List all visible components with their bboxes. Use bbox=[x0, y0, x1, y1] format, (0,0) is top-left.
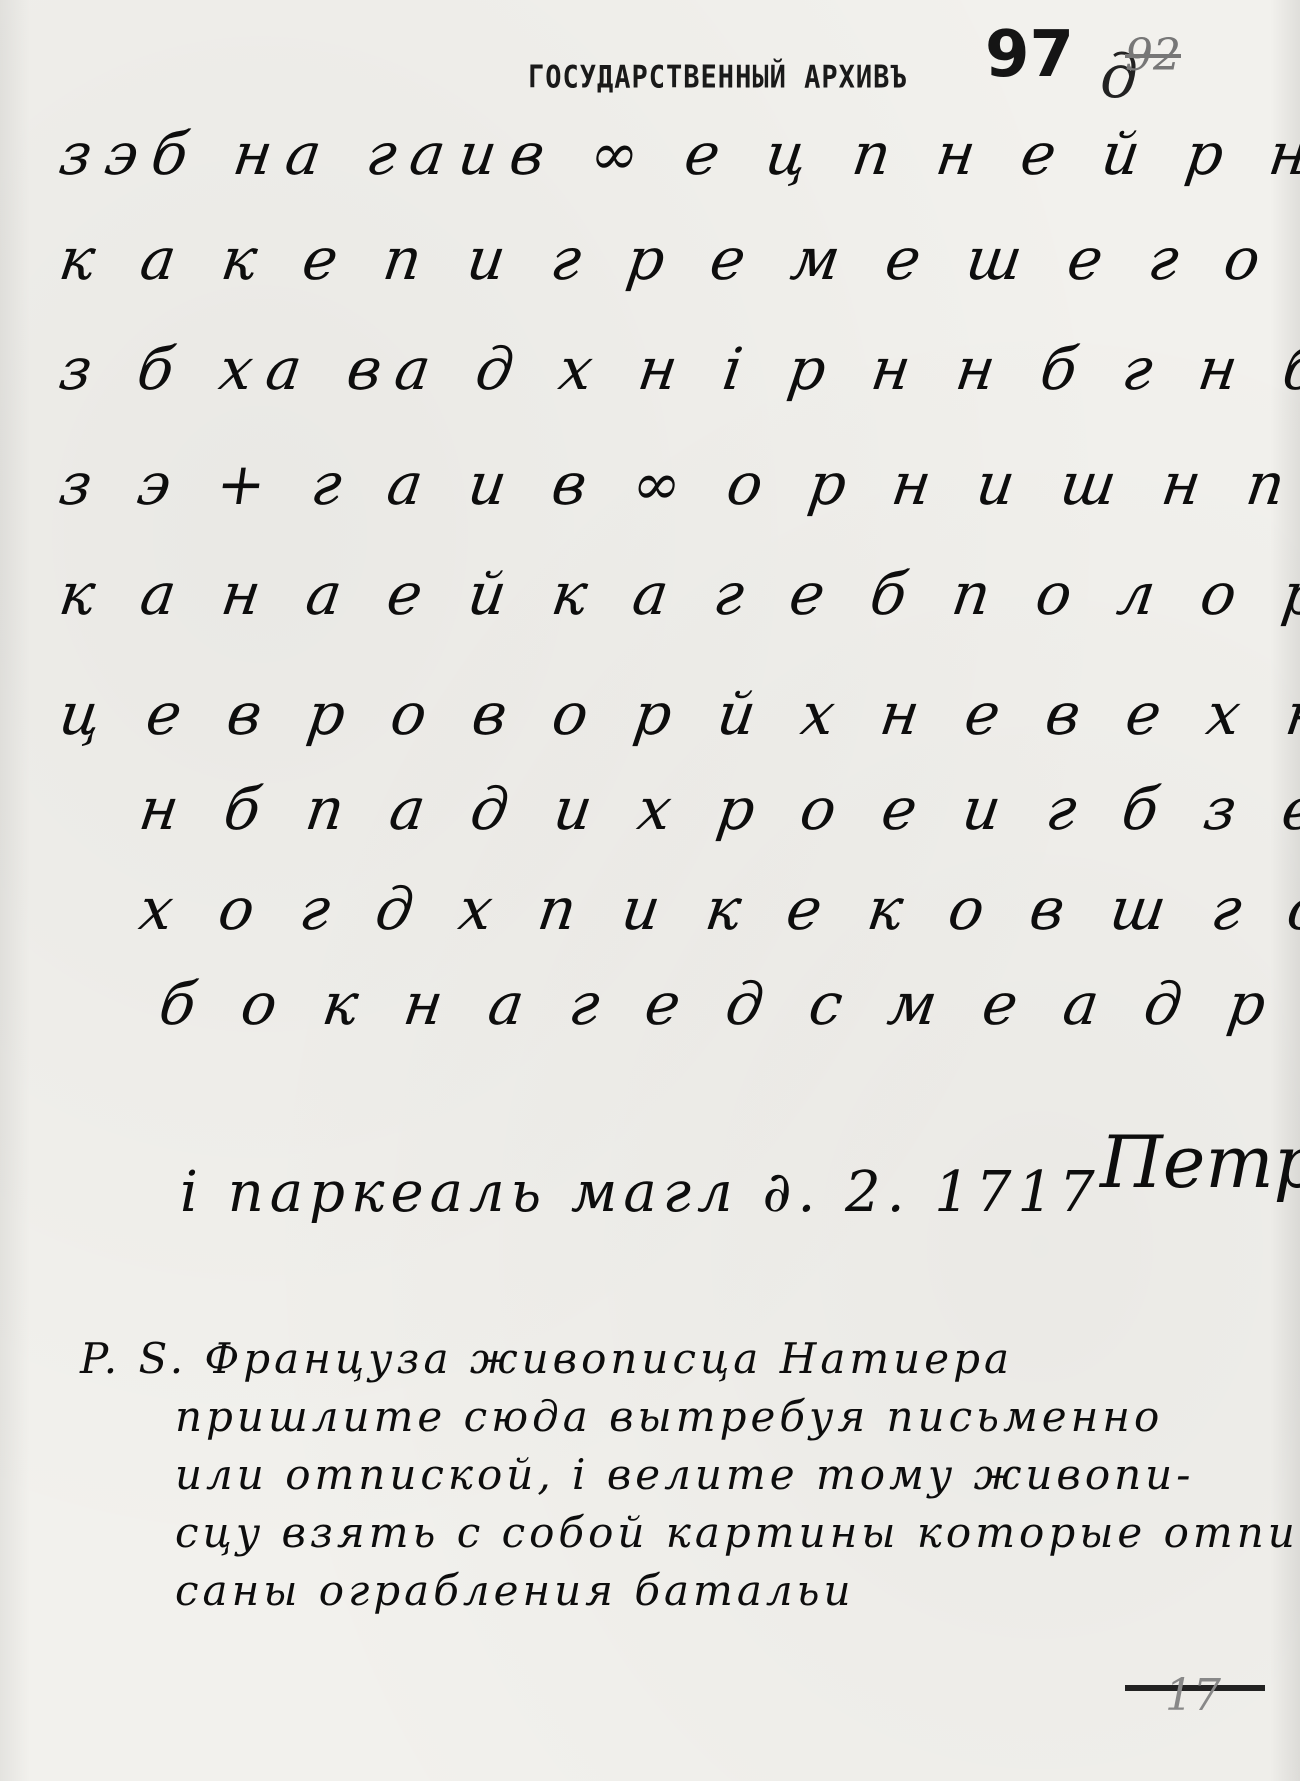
postscript-line-5: саны ограбления батальи bbox=[80, 1562, 1260, 1620]
cipher-line-7: н б п а д и х р о е и г б з е д х н е bbox=[135, 775, 1300, 843]
cipher-line-3: з б ха ва д х н і р н н б г н б і н в bbox=[55, 335, 1300, 403]
cipher-line-8: х о г д х п и к е к о в ш г о ч п с в о … bbox=[135, 875, 1300, 943]
cipher-line-4: з э + г а и в ∞ о р н и ш н п о н в bbox=[55, 450, 1300, 518]
signature: Петръ bbox=[1100, 1120, 1300, 1204]
cipher-line-5: к а н а е й к а г е б п о л о р о в е е … bbox=[55, 560, 1300, 628]
footer-number: 17 bbox=[1165, 1670, 1221, 1721]
date-line: і паркеаль магл ∂. 2. 1717 bbox=[180, 1160, 1101, 1225]
postscript-line-3: или отпиской, і велите тому живопи- bbox=[80, 1446, 1260, 1504]
folio-number: 97 bbox=[985, 18, 1074, 92]
cipher-line-1: зэб на гаив ∞ е ц п н е й р н н bbox=[55, 120, 1300, 188]
old-folio-number: 92 bbox=[1125, 30, 1181, 81]
postscript-line-2: пришлите сюда вытребуя письменно bbox=[80, 1388, 1260, 1446]
postscript-line-1: P. S. Француза живописца Натиера bbox=[80, 1330, 1260, 1388]
cipher-line-6: ц е в р о в о р й х н е в е х н н а п о … bbox=[55, 680, 1300, 748]
postscript: P. S. Француза живописца Натиера пришлит… bbox=[80, 1330, 1260, 1620]
archive-stamp: ГОСУДАРСТВЕННЫЙ АРХИВЪ bbox=[528, 60, 908, 96]
cipher-line-9: б о к н а г е д с м е а д р й к а с ж е bbox=[155, 970, 1300, 1038]
postscript-line-4: сцу взять с собой картины которые отпи- bbox=[80, 1504, 1260, 1562]
cipher-line-2: к а к е п и г р е м е ш е г о к а г е ∂ … bbox=[55, 225, 1300, 293]
